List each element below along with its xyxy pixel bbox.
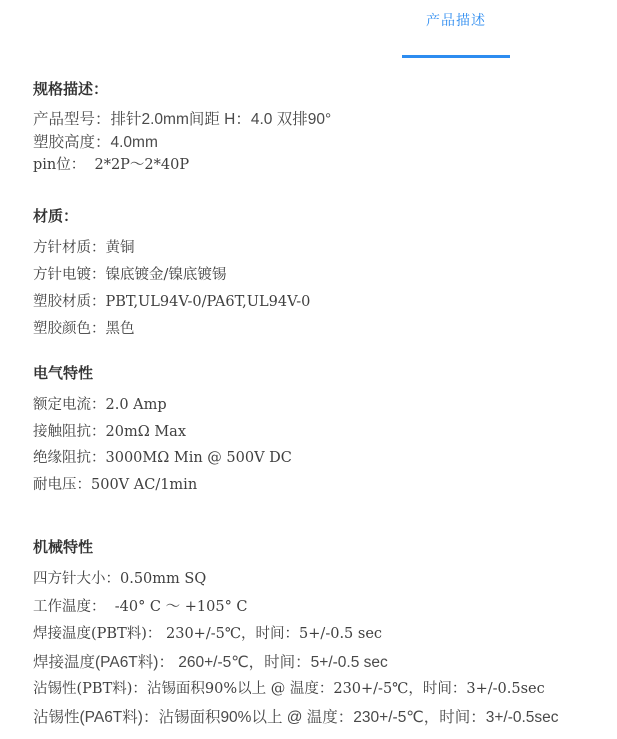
material-line-plastic-material: 塑胶材质：PBT,UL94V-0/PA6T,UL94V-0	[33, 289, 603, 316]
electrical-line-rated-current: 额定电流：2.0 Amp	[33, 392, 603, 419]
product-description-page: 产品描述 规格描述： 产品型号：排针2.0mm间距 H：4.0 双排90° 塑胶…	[0, 0, 617, 739]
mechanical-line-solderability-pbt: 沾锡性(PBT料)：沾锡面积90%以上 @ 温度：230+/-5℃，时间：3+/…	[33, 676, 603, 704]
tab-bar: 产品描述	[0, 0, 617, 60]
section-material: 材质： 方针材质：黄铜 方针电镀：镍底镀金/镍底镀锡 塑胶材质：PBT,UL94…	[33, 206, 603, 343]
spec-line-plastic-height: 塑胶高度：4.0mm	[33, 131, 603, 154]
section-heading: 机械特性	[33, 537, 603, 558]
mechanical-line-operating-temperature: 工作温度： -40° C ～ +105° C	[33, 594, 603, 622]
section-spec-description: 规格描述： 产品型号：排针2.0mm间距 H：4.0 双排90° 塑胶高度：4.…	[33, 79, 603, 177]
spec-line-pin-range: pin位： 2*2P～2*40P	[33, 154, 603, 177]
section-heading: 规格描述：	[33, 79, 603, 100]
mechanical-line-soldering-temp-pbt: 焊接温度(PBT料)： 230+/-5℃，时间：5+/-0.5 sec	[33, 621, 603, 649]
mechanical-line-soldering-temp-pa6t: 焊接温度(PA6T料)： 260+/-5℃，时间：5+/-0.5 sec	[33, 649, 603, 677]
electrical-line-contact-resistance: 接触阻抗：20mΩ Max	[33, 419, 603, 446]
section-heading: 材质：	[33, 206, 603, 227]
product-description-content: 规格描述： 产品型号：排针2.0mm间距 H：4.0 双排90° 塑胶高度：4.…	[33, 58, 603, 731]
spec-line-product-model: 产品型号：排针2.0mm间距 H：4.0 双排90°	[33, 108, 603, 131]
material-line-pin-plating: 方针电镀：镍底镀金/镍底镀锡	[33, 262, 603, 289]
material-line-pin-material: 方针材质：黄铜	[33, 235, 603, 262]
section-mechanical: 机械特性 四方针大小：0.50mm SQ 工作温度： -40° C ～ +105…	[33, 537, 603, 731]
material-line-plastic-color: 塑胶颜色：黑色	[33, 316, 603, 343]
electrical-line-insulation-resistance: 绝缘阻抗：3000MΩ Min @ 500V DC	[33, 445, 603, 472]
tab-product-description[interactable]: 产品描述	[402, 10, 510, 30]
section-heading: 电气特性	[33, 363, 603, 384]
section-electrical: 电气特性 额定电流：2.0 Amp 接触阻抗：20mΩ Max 绝缘阻抗：300…	[33, 363, 603, 498]
electrical-line-withstand-voltage: 耐电压：500V AC/1min	[33, 472, 603, 499]
mechanical-line-pin-size: 四方针大小：0.50mm SQ	[33, 566, 603, 594]
mechanical-line-solderability-pa6t: 沾锡性(PA6T料)：沾锡面积90%以上 @ 温度：230+/-5℃，时间：3+…	[33, 704, 603, 732]
